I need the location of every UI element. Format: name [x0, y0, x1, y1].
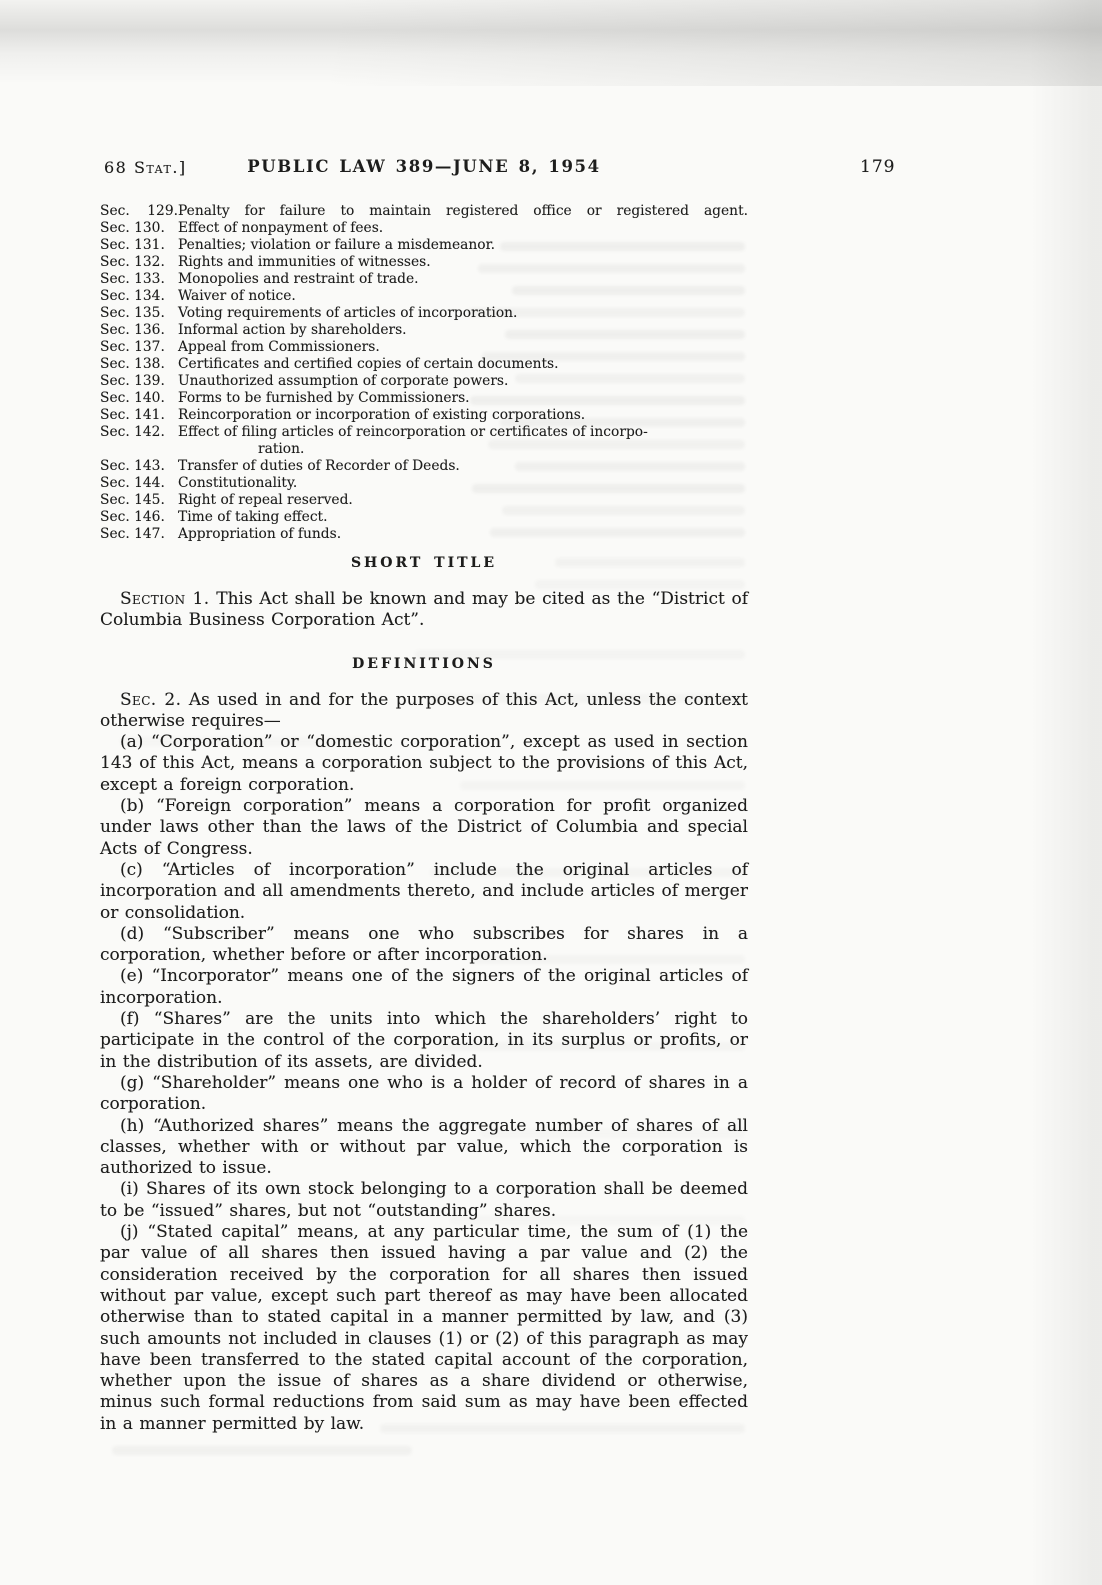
statute-paragraph: (j) “Stated capital” means, at any parti…: [100, 1222, 748, 1435]
toc-entry-text: Waiver of notice.: [178, 288, 296, 304]
scanned-statute-page: 68 Stat.] PUBLIC LAW 389—JUNE 8, 1954 17…: [0, 0, 1102, 1585]
toc-entry-number: Sec. 140.: [100, 390, 178, 407]
toc-entry-number: Sec. 137.: [100, 339, 178, 356]
toc-entry-number: Sec. 141.: [100, 407, 178, 424]
statute-paragraph: (g) “Shareholder” means one who is a hol…: [100, 1073, 748, 1116]
bleed-through-line: [112, 1446, 412, 1455]
statute-paragraph: Sec. 2. As used in and for the purposes …: [100, 690, 748, 733]
toc-entry: Sec. 134.Waiver of notice.: [100, 288, 748, 305]
toc-entry: Sec. 136.Informal action by shareholders…: [100, 322, 748, 339]
toc-entry-text: Reincorporation or incorporation of exis…: [178, 407, 585, 423]
toc-entry: Sec. 143.Transfer of duties of Recorder …: [100, 458, 748, 475]
toc-entry-number: Sec. 146.: [100, 509, 178, 526]
toc-entry-number: Sec. 139.: [100, 373, 178, 390]
scan-artifact-top-band: [0, 0, 1102, 86]
toc-entry: Sec. 138.Certificates and certified copi…: [100, 356, 748, 373]
toc-entry-number: Sec. 131.: [100, 237, 178, 254]
toc-entry-number: Sec. 134.: [100, 288, 178, 305]
toc-entry: Sec. 132.Rights and immunities of witnes…: [100, 254, 748, 271]
toc-entry-number: Sec. 130.: [100, 220, 178, 237]
toc-entry-number: Sec. 136.: [100, 322, 178, 339]
statute-paragraph: (a) “Corporation” or “domestic corporati…: [100, 732, 748, 796]
toc-entry-number: Sec. 142.: [100, 424, 178, 441]
toc-entry-text: Penalty for failure to maintain register…: [178, 203, 748, 219]
toc-entry-text: Voting requirements of articles of incor…: [178, 305, 517, 321]
scan-artifact-right-edge: [1030, 0, 1102, 1585]
toc-entry-number: Sec. 133.: [100, 271, 178, 288]
text-column: Sec. 129.Penalty for failure to maintain…: [100, 203, 748, 1435]
toc-entry: Sec. 141.Reincorporation or incorporatio…: [100, 407, 748, 424]
toc-entry: Sec. 131.Penalties; violation or failure…: [100, 237, 748, 254]
toc-entry-text-continued: ration.: [258, 441, 304, 457]
toc-entry: Sec. 133.Monopolies and restraint of tra…: [100, 271, 748, 288]
toc-entry-number: Sec. 144.: [100, 475, 178, 492]
toc-entry-text: Right of repeal reserved.: [178, 492, 353, 508]
toc-entry-text: Forms to be furnished by Commissioners.: [178, 390, 470, 406]
toc-entry-text: Appeal from Commissioners.: [178, 339, 380, 355]
paragraph-lead: Sec. 2.: [120, 690, 181, 710]
toc-entry: Sec. 140.Forms to be furnished by Commis…: [100, 390, 748, 407]
toc-entry-number: Sec. 147.: [100, 526, 178, 543]
toc-entry: Sec. 130.Effect of nonpayment of fees.: [100, 220, 748, 237]
toc-entry: Sec. 146.Time of taking effect.: [100, 509, 748, 526]
toc-entry: Sec. 142.Effect of filing articles of re…: [100, 424, 748, 458]
toc-entry-text: Unauthorized assumption of corporate pow…: [178, 373, 508, 389]
statute-paragraph: (d) “Subscriber” means one who subscribe…: [100, 924, 748, 967]
toc-entry-text: Appropriation of funds.: [178, 526, 341, 542]
toc-entry: Sec. 129.Penalty for failure to maintain…: [100, 203, 748, 220]
toc-entry-text: Penalties; violation or failure a misdem…: [178, 237, 495, 253]
toc-entry-number: Sec. 135.: [100, 305, 178, 322]
toc-entry-text: Rights and immunities of witnesses.: [178, 254, 431, 270]
toc-entry-text: Informal action by shareholders.: [178, 322, 407, 338]
toc-entry-text: Effect of nonpayment of fees.: [178, 220, 383, 236]
statute-paragraph: (b) “Foreign corporation” means a corpor…: [100, 796, 748, 860]
toc-entry: Sec. 147.Appropriation of funds.: [100, 526, 748, 543]
toc-entry: Sec. 144.Constitutionality.: [100, 475, 748, 492]
statute-paragraph: Section 1. This Act shall be known and m…: [100, 589, 748, 632]
toc-entry: Sec. 145.Right of repeal reserved.: [100, 492, 748, 509]
page-number: 179: [860, 157, 895, 177]
section-heading: DEFINITIONS: [100, 656, 748, 673]
running-head-law-title: PUBLIC LAW 389—JUNE 8, 1954: [100, 157, 748, 176]
toc-entry-text: Transfer of duties of Recorder of Deeds.: [178, 458, 460, 474]
toc-entry: Sec. 135.Voting requirements of articles…: [100, 305, 748, 322]
statute-paragraph: (i) Shares of its own stock belonging to…: [100, 1179, 748, 1222]
toc-entry-text: Time of taking effect.: [178, 509, 327, 525]
paragraph-lead: Section 1.: [120, 589, 210, 609]
toc-entry-number: Sec. 138.: [100, 356, 178, 373]
toc-entry-text: Monopolies and restraint of trade.: [178, 271, 419, 287]
toc-entry-number: Sec. 132.: [100, 254, 178, 271]
toc-entry-number: Sec. 129.: [100, 203, 178, 220]
toc-entry-text: Certificates and certified copies of cer…: [178, 356, 559, 372]
section-heading: SHORT TITLE: [100, 555, 748, 572]
toc-entry-number: Sec. 145.: [100, 492, 178, 509]
toc-entry-number: Sec. 143.: [100, 458, 178, 475]
act-body: SHORT TITLESection 1. This Act shall be …: [100, 555, 748, 1435]
statute-paragraph: (h) “Authorized shares” means the aggreg…: [100, 1116, 748, 1180]
statute-paragraph: (e) “Incorporator” means one of the sign…: [100, 966, 748, 1009]
toc-entry: Sec. 139.Unauthorized assumption of corp…: [100, 373, 748, 390]
statute-paragraph: (f) “Shares” are the units into which th…: [100, 1009, 748, 1073]
table-of-sections: Sec. 129.Penalty for failure to maintain…: [100, 203, 748, 543]
toc-entry: Sec. 137.Appeal from Commissioners.: [100, 339, 748, 356]
toc-entry-text: Constitutionality.: [178, 475, 297, 491]
statute-paragraph: (c) “Articles of incorporation” include …: [100, 860, 748, 924]
toc-entry-text: Effect of filing articles of reincorpora…: [178, 424, 648, 440]
